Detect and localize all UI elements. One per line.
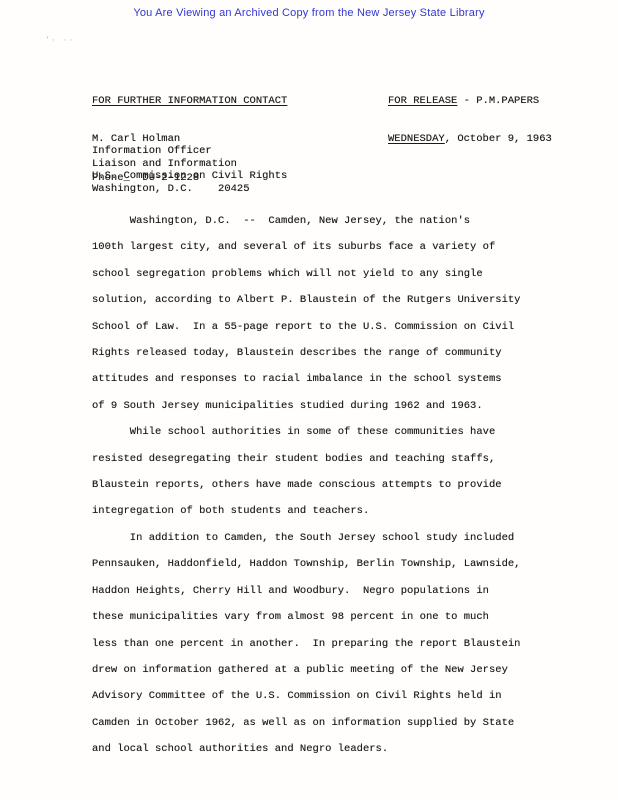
contact-lines: M. Carl Holman Information Officer Liais… bbox=[92, 133, 287, 196]
press-release-body: Washington, D.C. -- Camden, New Jersey, … bbox=[92, 208, 572, 763]
release-heading-line: FOR RELEASE - P.M.PAPERS bbox=[388, 95, 552, 108]
release-date-underlined: WEDNESDAY bbox=[388, 133, 445, 145]
release-info-block: FOR RELEASE - P.M.PAPERS WEDNESDAY, Octo… bbox=[388, 70, 552, 170]
release-date-rest: , October 9, 1963 bbox=[445, 133, 552, 145]
pencil-marks: ’· ·· bbox=[46, 36, 75, 46]
document-page: You Are Viewing an Archived Copy from th… bbox=[0, 0, 618, 800]
release-heading-rest: - P.M.PAPERS bbox=[457, 95, 539, 107]
phone-line: Phone_ DU-2-1228 bbox=[92, 172, 199, 184]
contact-info-block: FOR FURTHER INFORMATION CONTACT M. Carl … bbox=[92, 70, 287, 220]
release-heading-underlined: FOR RELEASE bbox=[388, 95, 457, 107]
paragraph-3: In addition to Camden, the South Jersey … bbox=[92, 525, 572, 763]
paragraph-2: While school authorities in some of thes… bbox=[92, 419, 572, 525]
release-date-line: WEDNESDAY, October 9, 1963 bbox=[388, 133, 552, 146]
paragraph-1: Washington, D.C. -- Camden, New Jersey, … bbox=[92, 208, 572, 419]
archive-banner: You Are Viewing an Archived Copy from th… bbox=[0, 7, 618, 19]
contact-heading: FOR FURTHER INFORMATION CONTACT bbox=[92, 95, 287, 108]
